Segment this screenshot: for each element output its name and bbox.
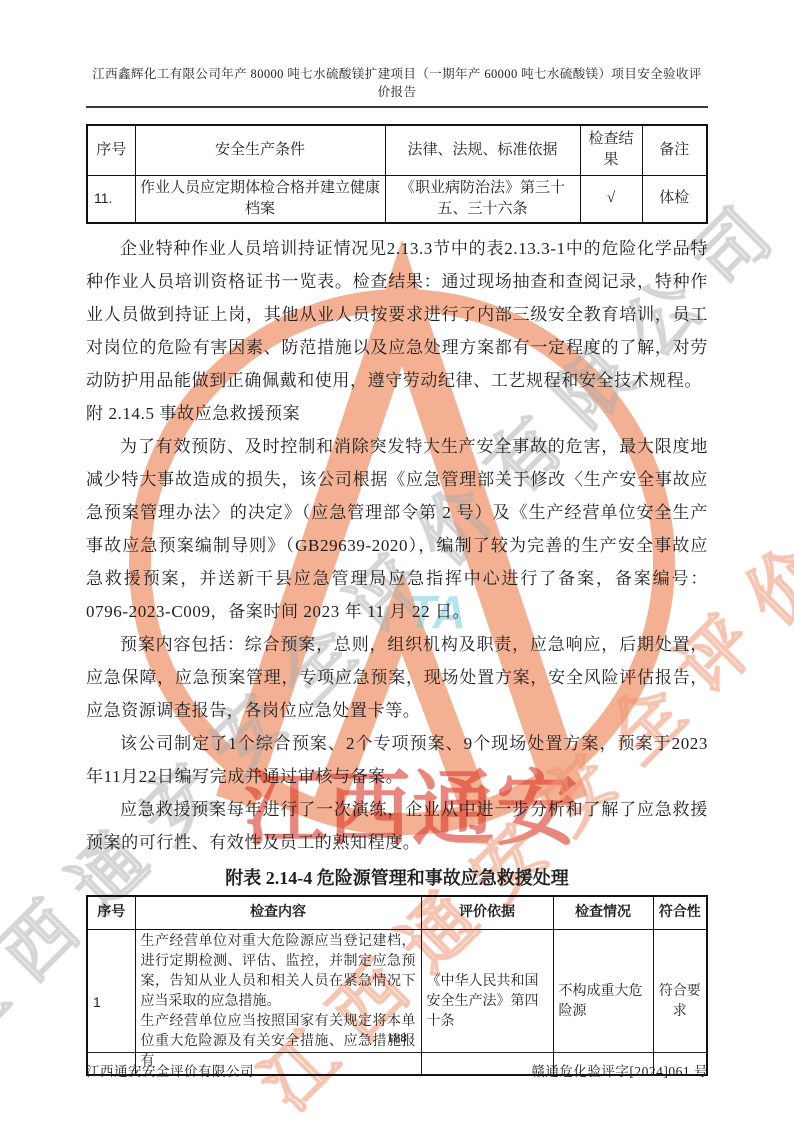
col-header-remark: 备注: [642, 125, 707, 175]
page-number: 188: [0, 1030, 794, 1046]
col-header-basis: 评价依据: [421, 896, 553, 930]
col-header-conformity: 符合性: [653, 896, 707, 930]
col-header-condition: 安全生产条件: [135, 125, 385, 175]
paragraph-drill: 应急救援预案每年进行了一次演练，企业从中进一步分析和了解了应急救援预案的可行性、…: [86, 793, 708, 859]
footer-doc-number: 赣通危化验评字[2024]061 号: [531, 1060, 708, 1080]
body-text: 企业特种作业人员培训持证情况见2.13.3节中的表2.13.3-1中的危险化学品…: [86, 232, 708, 859]
document-footer: 江西通安安全评价有限公司 赣通危化验评字[2024]061 号: [86, 1060, 708, 1080]
document-header: 江西鑫辉化工有限公司年产 80000 吨七水硫酸镁扩建项目（一期年产 60000…: [86, 0, 708, 108]
page-content: 江西鑫辉化工有限公司年产 80000 吨七水硫酸镁扩建项目（一期年产 60000…: [0, 0, 794, 1076]
col-header-situation: 检查情况: [553, 896, 653, 930]
document-header-title: 江西鑫辉化工有限公司年产 80000 吨七水硫酸镁扩建项目（一期年产 60000…: [86, 64, 708, 108]
paragraph-plan-filing: 为了有效预防、及时控制和消除突发特大生产安全事故的危害，最大限度地减少特大事故造…: [86, 430, 708, 628]
cell-basis: 《职业病防治法》第三十五、三十六条: [385, 175, 580, 223]
col-header-result: 检查结果: [580, 125, 642, 175]
footer-divider: [86, 1052, 708, 1053]
footer-company: 江西通安安全评价有限公司: [86, 1060, 254, 1080]
cell-no: 11.: [87, 175, 135, 223]
cell-content-line-1: 生产经营单位对重大危险源应当登记建档，进行定期检测、评估、监控，并制定应急预案，…: [141, 932, 416, 1012]
safety-conditions-table: 序号 安全生产条件 法律、法规、标准依据 检查结果 备注 11. 作业人员应定期…: [86, 124, 708, 224]
paragraph-training: 企业特种作业人员培训持证情况见2.13.3节中的表2.13.3-1中的危险化学品…: [86, 232, 708, 397]
cell-condition: 作业人员应定期体检合格并建立健康档案: [135, 175, 385, 223]
table-header-row: 序号 安全生产条件 法律、法规、标准依据 检查结果 备注: [87, 125, 707, 175]
table-row: 11. 作业人员应定期体检合格并建立健康档案 《职业病防治法》第三十五、三十六条…: [87, 175, 707, 223]
table-header-row: 序号 检查内容 评价依据 检查情况 符合性: [87, 896, 707, 930]
col-header-basis: 法律、法规、标准依据: [385, 125, 580, 175]
table-caption: 附表 2.14-4 危险源管理和事故应急救援处理: [86, 863, 708, 893]
paragraph-plan-contents: 预案内容包括：综合预案，总则，组织机构及职责，应急响应，后期处置，应急保障，应急…: [86, 628, 708, 727]
hazard-management-table: 序号 检查内容 评价依据 检查情况 符合性 1 生产经营单位对重大危险源应当登记…: [86, 895, 708, 1076]
col-header-content: 检查内容: [135, 896, 421, 930]
paragraph-plan-counts: 该公司制定了1个综合预案、2个专项预案、9个现场处置方案，预案于2023年11月…: [86, 727, 708, 793]
col-header-no: 序号: [87, 125, 135, 175]
cell-result-checkmark: √: [580, 175, 642, 223]
cell-remark: 体检: [642, 175, 707, 223]
col-header-no: 序号: [87, 896, 135, 930]
section-heading: 附 2.14.5 事故应急救援预案: [86, 397, 708, 430]
document-page: TA 江西通安 江西通安安全评价有限公司 江西通安安全评价有限公司 江西鑫辉化工…: [0, 0, 794, 1123]
